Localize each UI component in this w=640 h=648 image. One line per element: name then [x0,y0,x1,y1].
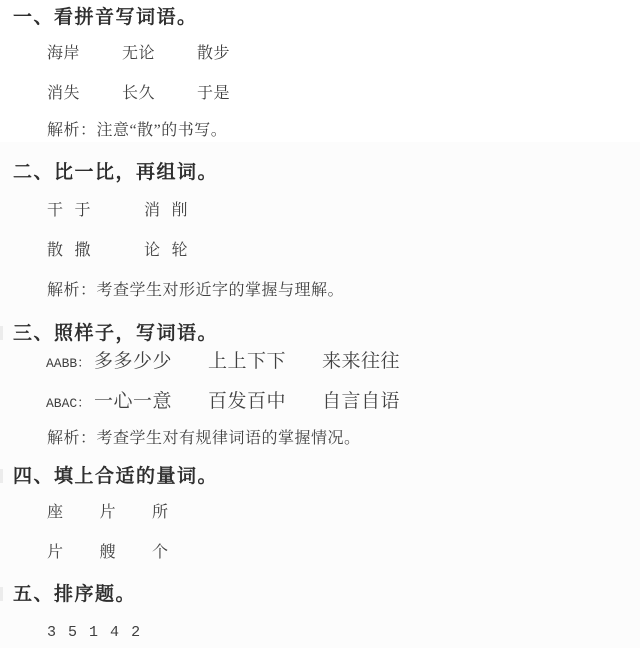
section-5-answer-sequence: 35142 [47,622,140,643]
section-1-heading: 一、看拼音写词语。 [13,6,198,28]
answer-char: 散 [47,241,64,261]
section-4-heading: 四、填上合适的量词。 [13,465,218,487]
answer-word: 长久 [122,84,155,104]
answer-char: 艘 [100,543,117,563]
answer-word: 百发百中 [208,392,286,412]
answer-char: 轮 [172,241,189,261]
answer-char: 片 [100,503,117,523]
answer-char: 所 [152,503,169,523]
answer-char: 干 [47,201,64,221]
order-number: 1 [89,623,98,643]
section-2-analysis: 解析：考查学生对形近字的掌握与理解。 [47,281,344,301]
section-4-row-1: 座片所 [47,503,169,523]
answer-char: 个 [152,543,169,563]
pattern-label: AABB： [46,354,94,374]
section-3-heading: 三、照样子，写词语。 [13,322,218,344]
section-5-heading: 五、排序题。 [13,583,136,605]
order-number: 2 [131,623,140,643]
scan-artifact [0,587,3,601]
answer-char: 撒 [75,241,92,261]
scan-artifact [0,469,3,483]
answer-word: 上上下下 [208,352,286,372]
order-number: 4 [110,623,119,643]
answer-word: 自言自语 [322,392,400,412]
worksheet-page: 一、看拼音写词语。 海岸无论散步 消失长久于是 解析：注意“散”的书写。 二、比… [0,0,640,648]
section-4-row-2: 片艘个 [47,543,169,563]
section-3-analysis: 解析：考查学生对有规律词语的掌握情况。 [47,429,361,449]
section-1-analysis: 解析：注意“散”的书写。 [47,121,227,141]
pattern-label: ABAC： [46,394,94,414]
section-3-row-1: AABB：多多少少上上下下来来往往 [46,352,400,374]
answer-char: 座 [47,503,64,523]
section-1-row-2: 消失长久于是 [47,84,230,104]
answer-word: 于是 [197,84,230,104]
answer-char: 削 [172,201,189,221]
answer-char: 论 [144,241,161,261]
order-number: 5 [68,623,77,643]
answer-word: 无论 [122,44,155,64]
answer-char: 消 [144,201,161,221]
answer-char: 于 [75,201,92,221]
answer-word: 散步 [197,44,230,64]
answer-char: 片 [47,543,64,563]
section-3-row-2: ABAC：一心一意百发百中自言自语 [46,392,400,414]
answer-word: 来来往往 [322,352,400,372]
answer-word: 海岸 [47,44,80,64]
scan-artifact [0,326,3,340]
section-2-heading: 二、比一比，再组词。 [13,161,218,183]
answer-word: 一心一意 [94,392,172,412]
order-number: 3 [47,623,56,643]
section-2-row-1: 干于消削 [47,201,188,221]
answer-word: 消失 [47,84,80,104]
answer-word: 多多少少 [94,352,172,372]
section-2-row-2: 散撒论轮 [47,241,188,261]
section-1-row-1: 海岸无论散步 [47,44,230,64]
